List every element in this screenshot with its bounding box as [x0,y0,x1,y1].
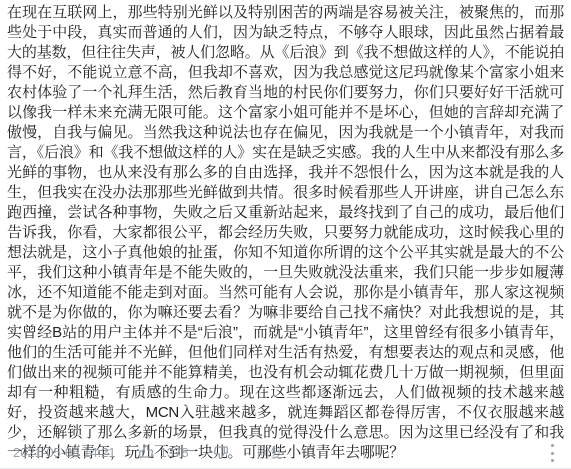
more-options-button[interactable] [545,442,559,464]
comment-footer: 2021-05-05 14:21 1378 回复 [0,440,571,464]
like-count: 1378 [160,445,189,460]
like-button[interactable]: 1378 [138,444,189,460]
comment-text: 在现在互联网上，那些特别光鲜以及特别困苦的两端是容易被关注，被聚焦的，而那些处于… [0,0,571,463]
comment-card: 在现在互联网上，那些特别光鲜以及特别困苦的两端是容易被关注，被聚焦的，而那些处于… [0,0,571,469]
thumbs-up-icon [138,444,154,460]
vertical-ellipsis-icon [551,444,554,462]
thumbs-down-icon [213,444,229,460]
reply-button[interactable]: 回复 [257,443,283,462]
comment-timestamp: 2021-05-05 14:21 [13,445,116,460]
dislike-button[interactable] [213,444,229,460]
